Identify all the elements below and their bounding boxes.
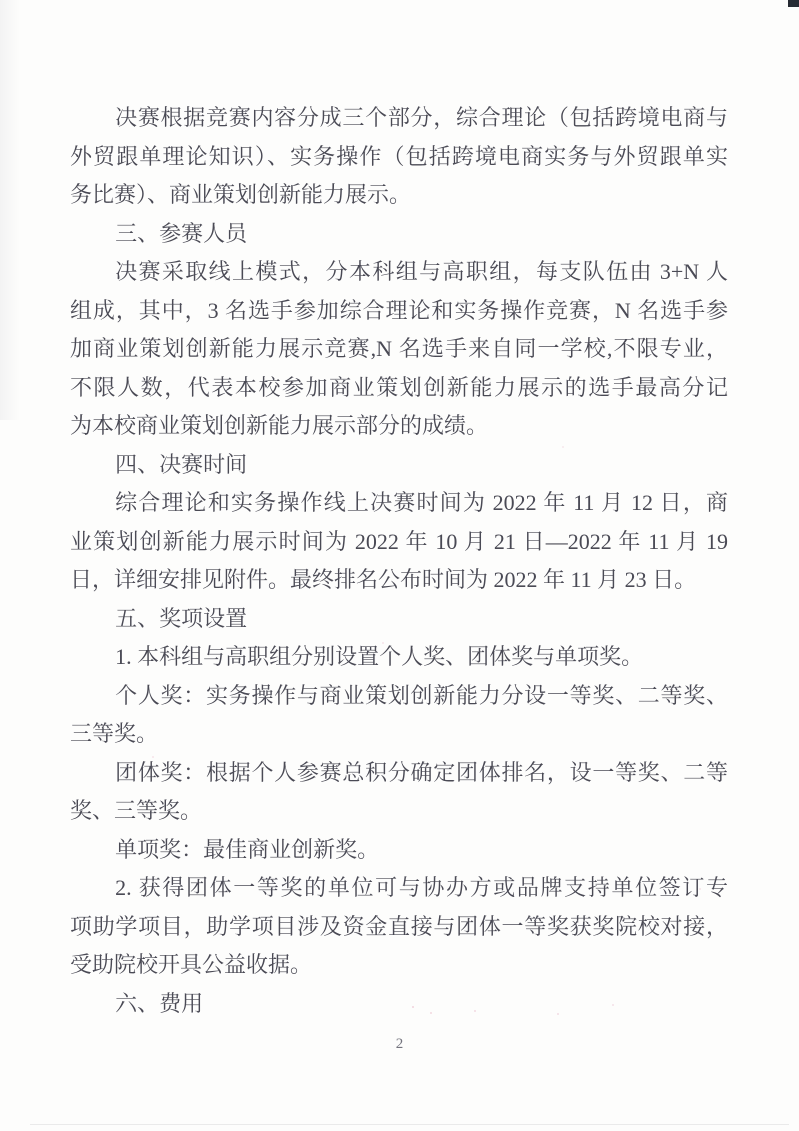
- page-number: 2: [0, 1036, 799, 1053]
- body-line: 业策划创新能力展示时间为 2022 年 10 月 21 日—2022 年 11 …: [70, 523, 728, 562]
- section-heading-awards: 五、奖项设置: [70, 600, 728, 639]
- body-line: 日，详细安排见附件。最终排名公布时间为 2022 年 11 月 23 日。: [70, 561, 728, 600]
- scan-bottom-edge-line: [30, 1124, 789, 1125]
- document-body: 决赛根据竞赛内容分成三个部分，综合理论（包括跨境电商与 外贸跟单理论知识）、实务…: [70, 99, 728, 1023]
- body-line: 外贸跟单理论知识）、实务操作（包括跨境电商实务与外贸跟单实: [70, 138, 728, 177]
- body-line: 组成，其中，3 名选手参加综合理论和实务操作竞赛，N 名选手参: [70, 292, 728, 331]
- body-line: 受助院校开具公益收据。: [70, 946, 728, 985]
- body-line: 三等奖。: [70, 715, 728, 754]
- section-heading-fees: 六、费用: [70, 985, 728, 1024]
- body-line: 项助学项目，助学项目涉及资金直接与团体一等奖获奖院校对接，: [70, 908, 728, 947]
- body-line: 不限人数，代表本校参加商业策划创新能力展示的选手最高分记: [70, 369, 728, 408]
- body-line: 决赛采取线上模式，分本科组与高职组，每支队伍由 3+N 人: [70, 253, 728, 292]
- scan-edge-shade: [0, 0, 20, 420]
- body-line: 为本校商业策划创新能力展示部分的成绩。: [70, 407, 728, 446]
- body-line: 1. 本科组与高职组分别设置个人奖、团体奖与单项奖。: [70, 638, 728, 677]
- body-line: 奖、三等奖。: [70, 792, 728, 831]
- body-line: 加商业策划创新能力展示竞赛,N 名选手来自同一学校,不限专业，: [70, 330, 728, 369]
- document-page: 决赛根据竞赛内容分成三个部分，综合理论（包括跨境电商与 外贸跟单理论知识）、实务…: [0, 0, 799, 1131]
- section-heading-final-time: 四、决赛时间: [70, 446, 728, 485]
- body-line: 务比赛）、商业策划创新能力展示。: [70, 176, 728, 215]
- section-heading-participants: 三、参赛人员: [70, 215, 728, 254]
- body-line: 团体奖：根据个人参赛总积分确定团体排名，设一等奖、二等: [70, 754, 728, 793]
- body-line: 2. 获得团体一等奖的单位可与协办方或品牌支持单位签订专: [70, 869, 728, 908]
- body-line: 单项奖：最佳商业创新奖。: [70, 831, 728, 870]
- body-line: 综合理论和实务操作线上决赛时间为 2022 年 11 月 12 日，商: [70, 484, 728, 523]
- body-line: 决赛根据竞赛内容分成三个部分，综合理论（包括跨境电商与: [70, 99, 728, 138]
- body-line: 个人奖：实务操作与商业策划创新能力分设一等奖、二等奖、: [70, 677, 728, 716]
- scan-corner-artifact: [788, 0, 799, 7]
